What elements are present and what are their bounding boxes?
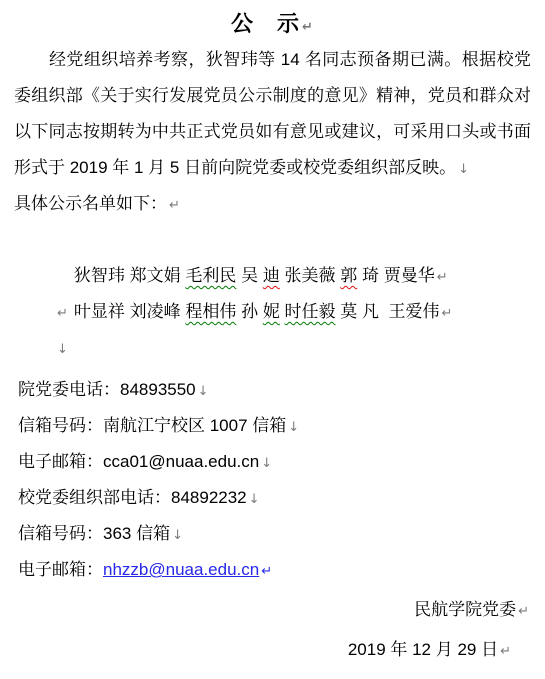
name-part: 吴 [236,266,262,285]
contact-label: 电子邮箱： [18,452,103,471]
contact-row-mailbox-university: 信箱号码：363 信箱↓ [14,516,531,552]
contact-row-phone-university: 校党委组织部电话：84892232↓ [14,480,531,516]
signature-org: 民航学院党委 [414,600,516,619]
name-part: 莫 凡 王爱伟 [336,302,440,321]
paragraph-mark: ↵ [498,644,511,659]
contact-value: cca01@nuaa.edu.cn [103,452,259,471]
contact-row-mailbox-college: 信箱号码：南航江宁校区 1007 信箱↓ [14,408,531,444]
signature-date: 2019 年 12 月 29 日 [348,640,498,659]
name-part-spellcheck: 时任毅 [285,302,336,321]
name-part-spellcheck: 毛利民 [185,266,236,285]
paragraph-mark: ↵ [259,564,272,579]
line-break-mark: ↓ [55,342,68,357]
contact-value: 84893550 [120,380,196,399]
line-break-mark: ↓ [286,420,299,435]
empty-line: ↓ [14,330,531,366]
name-part-spellcheck: 程相伟 [185,302,236,321]
name-part-spellcheck: 迪 [263,266,280,285]
contact-info-block: 院党委电话：84893550↓ 信箱号码：南航江宁校区 1007 信箱↓ 电子邮… [14,372,531,588]
signature-date-line: 2019 年 12 月 29 日↵ [14,630,531,670]
paragraph-line: 委组织部《关于实行发展党员公示制度的意见》精神，党员和群众对 [14,78,531,114]
list-intro-text: 具体公示名单如下： [14,194,167,213]
contact-row-email-college: 电子邮箱：cca01@nuaa.edu.cn↓ [14,444,531,480]
name-part: 狄智玮 郑文娟 [74,266,185,285]
paragraph-line: 以下同志按期转为中共正式党员如有意见或建议，可采用口头或书面 [14,114,531,150]
paragraph-mark: ↵ [516,604,529,619]
name-part: 叶显祥 刘凌峰 [74,302,185,321]
email-link[interactable]: nhzzb@nuaa.edu.cn [103,560,259,579]
signature-block: 民航学院党委↵ 2019 年 12 月 29 日↵ [14,590,531,670]
name-part: 孙 [236,302,262,321]
paragraph-mark: ↵ [167,198,180,213]
name-part: 琦 贾曼华 [357,266,434,285]
line-break-mark: ↓ [170,528,183,543]
contact-row-phone-college: 院党委电话：84893550↓ [14,372,531,408]
line-break-mark: ↓ [456,162,469,177]
contact-label: 电子邮箱： [18,560,103,579]
paragraph-mark: ↵ [300,20,314,35]
names-row: 狄智玮 郑文娟 毛利民 吴 迪 张美薇 郭 琦 贾曼华↵ [14,222,531,258]
contact-value: 84892232 [171,488,247,507]
notice-document: 公 示↵ 经党组织培养考察，狄智玮等 14 名同志预备期已满。根据校党 委组织部… [0,0,545,670]
line-break-mark: ↓ [259,456,272,471]
page-title: 公 示↵ [14,6,531,42]
name-part: 张美薇 [280,266,340,285]
paragraph-line: 经党组织培养考察，狄智玮等 14 名同志预备期已满。根据校党 [14,42,531,78]
paragraph-mark: ↵ [435,270,448,285]
name-part-spellcheck: 郭 [340,266,357,285]
list-intro-line: 具体公示名单如下：↵ [14,186,531,222]
page-title-text: 公 示 [231,11,300,36]
signature-org-line: 民航学院党委↵ [14,590,531,630]
paragraph-line-text: 形式于 2019 年 1 月 5 日前向院党委或校党委组织部反映。 [14,158,456,177]
paragraph-line: 形式于 2019 年 1 月 5 日前向院党委或校党委组织部反映。↓ [14,150,531,186]
contact-label: 信箱号码： [18,524,103,543]
contact-row-email-university: 电子邮箱：nhzzb@nuaa.edu.cn↵ [14,552,531,588]
contact-label: 院党委电话： [18,380,120,399]
name-part-spellcheck: 妮 [263,302,280,321]
contact-label: 校党委组织部电话： [18,488,171,507]
paragraph-mark: ↵ [439,306,452,321]
line-break-mark: ↓ [247,492,260,507]
paragraph-mark: ↵ [55,306,68,321]
contact-value: 363 信箱 [103,524,170,543]
contact-value: 南航江宁校区 1007 信箱 [103,416,286,435]
line-break-mark: ↓ [196,384,209,399]
contact-label: 信箱号码： [18,416,103,435]
